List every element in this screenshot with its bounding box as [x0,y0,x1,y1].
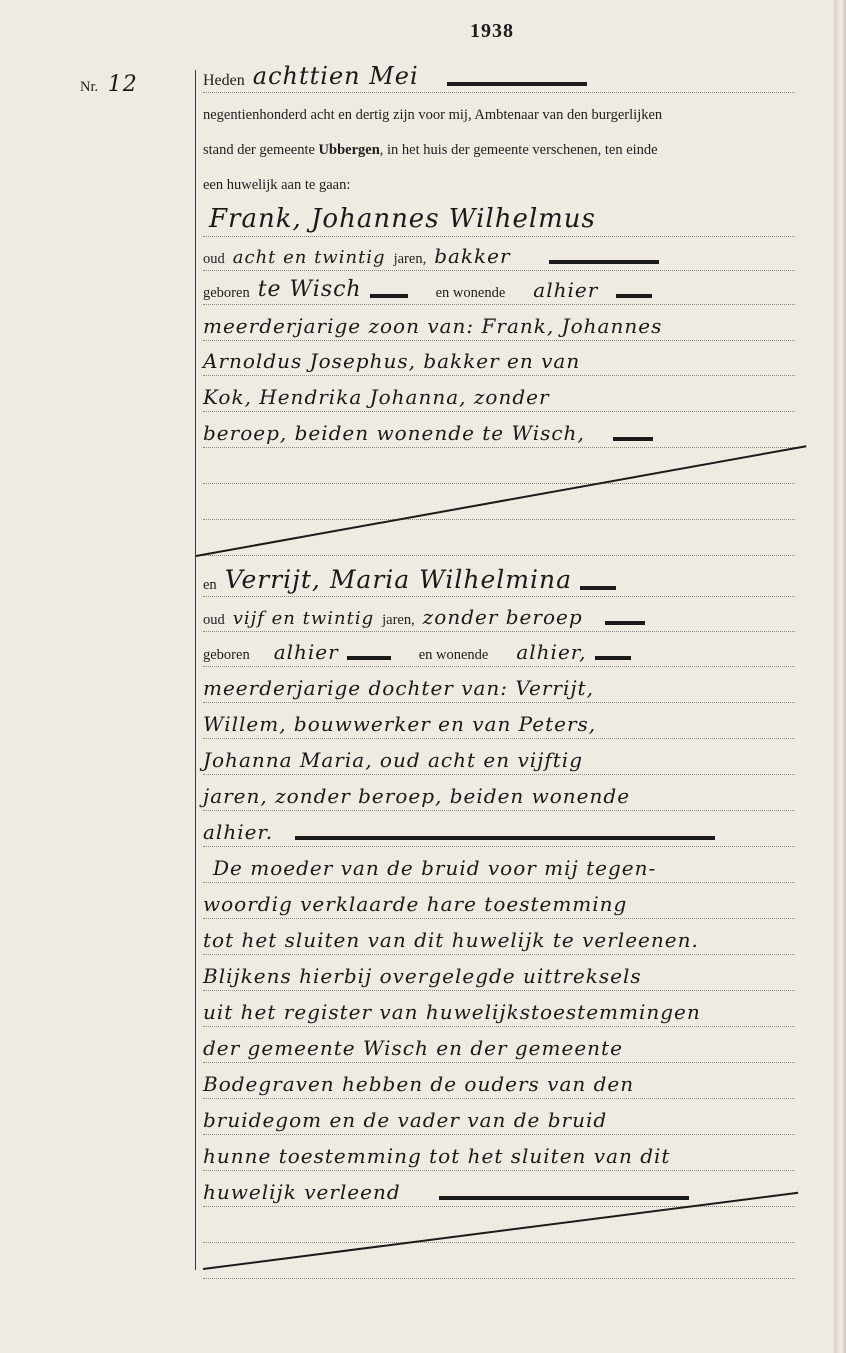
consent-text: Bodegraven hebben de ouders van den [203,1072,634,1098]
groom-parents-line: Arnoldus Josephus, bakker en van [203,341,795,376]
printed-text: stand der gemeente Ubbergen, in het huis… [203,142,658,161]
heden-label: Heden [203,72,245,92]
jaren-label: jaren, [394,251,427,270]
consent-text: woordig verklaarde hare toestemming [203,892,627,918]
fill-dash [295,836,715,840]
nr-label: Nr. [80,79,98,95]
bride-age: vijf en twintig [233,608,374,631]
geboren-label: geboren [203,285,250,304]
consent-line: De moeder van de bruid voor mij tegen- [203,848,795,883]
fill-dash [439,1196,689,1200]
consent-text: der gemeente Wisch en der gemeente [203,1036,623,1062]
register-page: 1938 Nr. 12 Heden achttien Mei negentien… [0,0,836,1353]
fill-dash [616,294,652,298]
groom-name: Frank, Johannes Wilhelmus [209,204,596,236]
page-year: 1938 [470,20,514,43]
consent-text: uit het register van huwelijkstoestemmin… [203,1000,701,1026]
margin-rule [195,70,196,1270]
blank-ruled-line [203,1208,795,1243]
consent-line: der gemeente Wisch en der gemeente [203,1028,795,1063]
fill-dash [347,656,391,660]
bride-name-line: en Verrijt, Maria Wilhelmina [203,562,795,597]
bride-parents-line: meerderjarige dochter van: Verrijt, [203,668,795,703]
blank-ruled-line [203,485,795,520]
printed-line-1: negentienhonderd acht en dertig zijn voo… [203,92,795,126]
bride-name: Verrijt, Maria Wilhelmina [225,565,572,596]
bride-parents-text: Willem, bouwwerker en van Peters, [203,712,596,738]
bride-occupation: zonder beroep [423,605,583,631]
groom-name-line: Frank, Johannes Wilhelmus [203,202,795,237]
bride-parents-line: alhier. [203,812,795,847]
consent-text: hunne toestemming tot het sluiten van di… [203,1144,670,1170]
printed-line-2: stand der gemeente Ubbergen, in het huis… [203,127,795,161]
oud-label: oud [203,251,225,270]
en-label: en [203,577,217,596]
date-handwritten: achttien Mei [253,62,419,92]
wonende-label: en wonende [436,285,506,304]
groom-residence: alhier [533,278,598,304]
jaren-label: jaren, [382,612,415,631]
bride-parents-text: alhier. [203,820,273,846]
groom-parents-text: Kok, Hendrika Johanna, zonder [203,385,550,411]
fill-dash [580,586,616,590]
consent-line: tot het sluiten van dit huwelijk te verl… [203,920,795,955]
bride-residence: alhier, [516,640,586,666]
geboren-label: geboren [203,647,250,666]
oud-label: oud [203,612,225,631]
groom-occupation: bakker [434,244,510,270]
consent-text: tot het sluiten van dit huwelijk te verl… [203,928,699,954]
consent-line: woordig verklaarde hare toestemming [203,884,795,919]
groom-parents-line: beroep, beiden wonende te Wisch, [203,413,795,448]
bride-parents-text: meerderjarige dochter van: Verrijt, [203,676,594,702]
groom-parents-text: Arnoldus Josephus, bakker en van [203,349,580,375]
printed-line-3: een huwelijk aan te gaan: [203,162,795,196]
consent-line: Blijkens hierbij overgelegde uittreksels [203,956,795,991]
fill-dash [447,82,587,86]
groom-age: acht en twintig [233,247,386,270]
wonende-label: en wonende [419,647,489,666]
groom-birth-line: geboren te Wisch en wonende alhier [203,270,795,305]
blank-ruled-line [203,449,795,484]
bride-birth-line: geboren alhier en wonende alhier, [203,632,795,667]
bride-age-line: oud vijf en twintig jaren, zonder beroep [203,597,795,632]
consent-text: huwelijk verleend [203,1180,401,1206]
printed-text-pre: stand der gemeente [203,142,315,158]
municipality: Ubbergen [319,142,380,158]
fill-dash [613,437,653,441]
consent-text: De moeder van de bruid voor mij tegen- [213,856,656,882]
groom-parents-text: meerderjarige zoon van: Frank, Johannes [203,314,662,340]
fill-dash [605,621,645,625]
bride-parents-line: jaren, zonder beroep, beiden wonende [203,776,795,811]
fill-dash [549,260,659,264]
printed-text-post: , in het huis der gemeente verschenen, t… [380,142,658,158]
fill-dash [370,294,408,298]
fill-dash [595,656,631,660]
groom-parents-text: beroep, beiden wonende te Wisch, [203,421,585,447]
groom-parents-line: meerderjarige zoon van: Frank, Johannes [203,306,795,341]
groom-birthplace: te Wisch [258,277,362,304]
bride-parents-text: Johanna Maria, oud acht en vijftig [203,748,583,774]
bride-parents-line: Willem, bouwwerker en van Peters, [203,704,795,739]
consent-line: Bodegraven hebben de ouders van den [203,1064,795,1099]
book-spine [834,0,846,1353]
printed-text: negentienhonderd acht en dertig zijn voo… [203,107,662,126]
heden-line: Heden achttien Mei [203,58,795,93]
consent-line: huwelijk verleend [203,1172,795,1207]
consent-line: bruidegom en de vader van de bruid [203,1100,795,1135]
bride-parents-text: jaren, zonder beroep, beiden wonende [203,784,630,810]
record-number: Nr. 12 [80,72,138,97]
consent-line: hunne toestemming tot het sluiten van di… [203,1136,795,1171]
bride-birthplace: alhier [274,640,339,666]
consent-text: bruidegom en de vader van de bruid [203,1108,607,1134]
blank-ruled-line [203,1244,795,1279]
nr-value: 12 [108,72,138,97]
groom-parents-line: Kok, Hendrika Johanna, zonder [203,377,795,412]
printed-text: een huwelijk aan te gaan: [203,177,350,196]
consent-line: uit het register van huwelijkstoestemmin… [203,992,795,1027]
bride-parents-line: Johanna Maria, oud acht en vijftig [203,740,795,775]
groom-age-line: oud acht en twintig jaren, bakker [203,236,795,271]
consent-text: Blijkens hierbij overgelegde uittreksels [203,964,642,990]
